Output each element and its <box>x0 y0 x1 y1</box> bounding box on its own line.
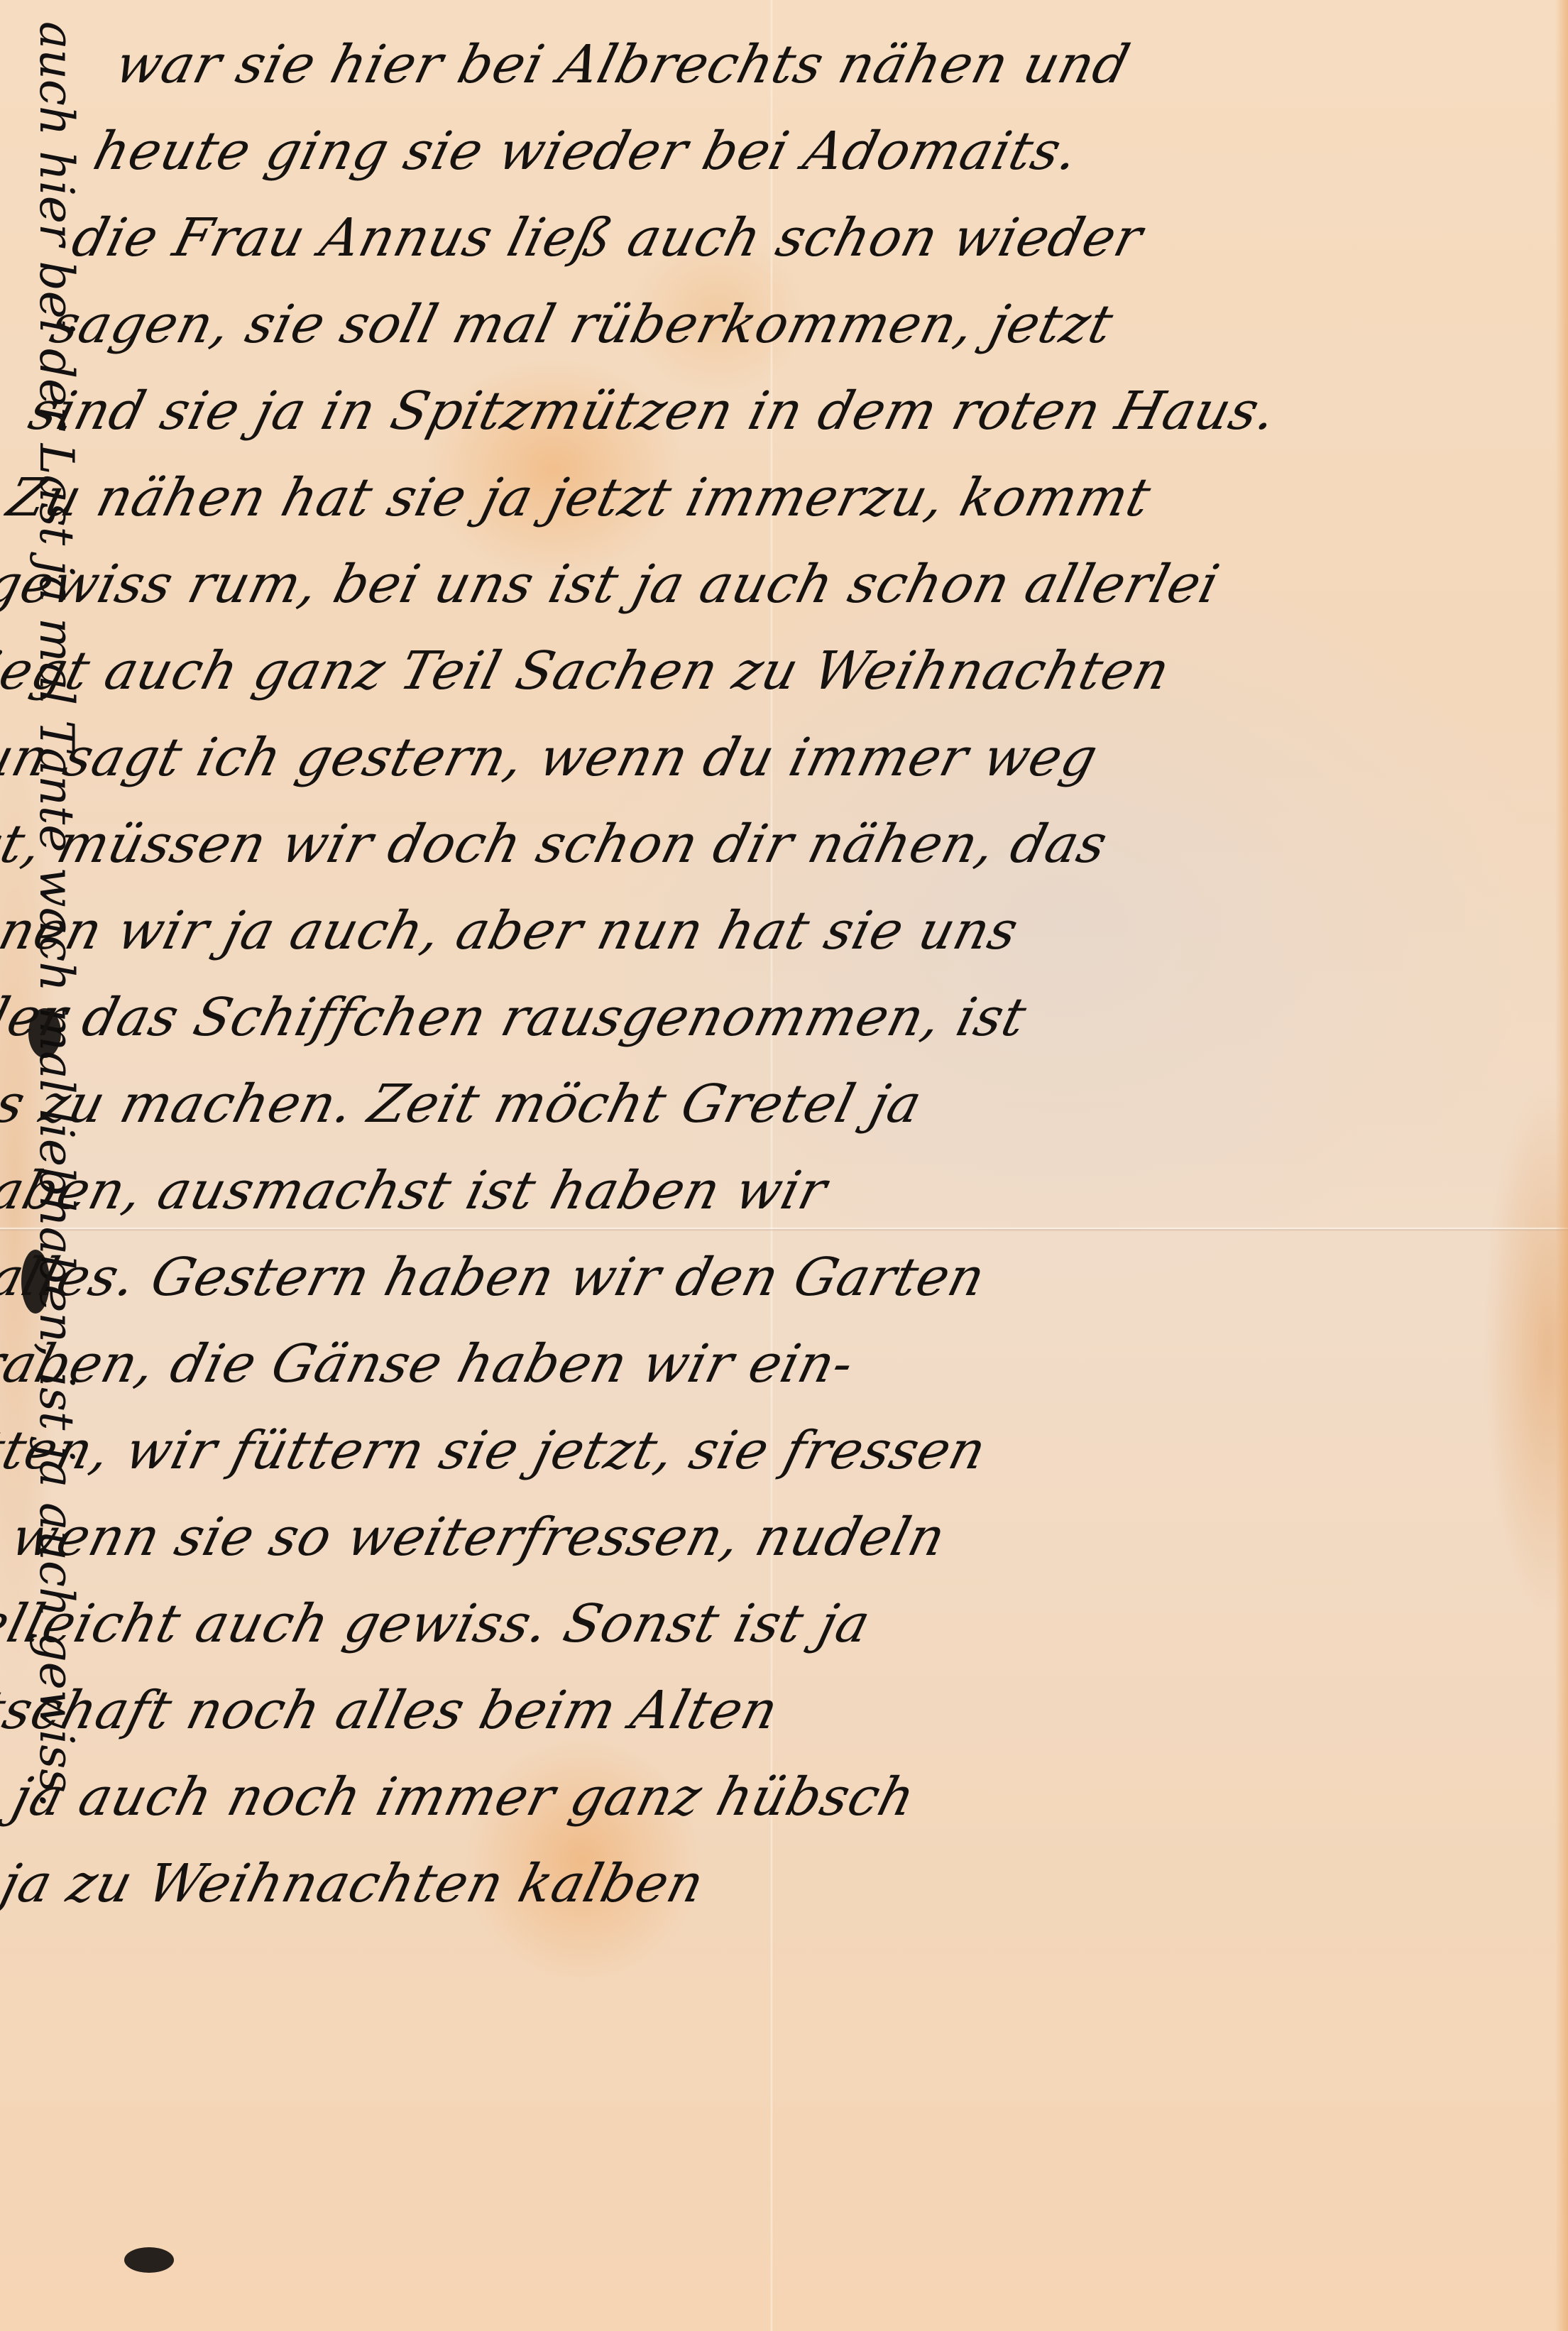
text-line-8: liegt auch ganz Teil Sachen zu Weihnacht… <box>0 628 1403 714</box>
text-line-22: die Kuh soll ja zu Weihnachten kalben <box>0 1840 1101 1927</box>
text-line-20: in der Wirtschaft noch alles beim Alten <box>0 1667 1144 1754</box>
letter-page: auch hier bei der Last ja mal Tante wach… <box>0 0 1568 2331</box>
text-line-2: heute ging sie wieder bei Adomaits. <box>84 108 1533 195</box>
text-line-6: Zu nähen hat sie ja jetzt immerzu, kommt <box>0 454 1447 541</box>
text-line-9: nun sagt ich gestern, wenn du immer weg <box>0 714 1382 801</box>
text-line-10: bist, müssen wir doch schon dir nähen, d… <box>0 801 1360 888</box>
text-line-16: umgegraben, die Gänse haben wir ein- <box>0 1321 1231 1407</box>
text-line-5: sind sie ja in Spitzmützen in dem roten … <box>20 368 1468 454</box>
stained-right-edge <box>1555 0 1568 2331</box>
text-line-17: geschnitten, wir füttern sie jetzt, sie … <box>0 1407 1209 1494</box>
letter-body: war sie hier bei Albrechts nähen und heu… <box>0 21 1555 1927</box>
text-line-21: Milch giebt ja auch noch immer ganz hübs… <box>0 1754 1123 1840</box>
text-line-15: schon alles. Gestern haben wir den Garte… <box>0 1234 1252 1321</box>
text-line-13: nichts zu machen. Zeit möcht Gretel ja <box>0 1061 1295 1147</box>
text-line-14: nun haben, ausmachst ist haben wir <box>0 1147 1274 1234</box>
text-line-19: wir sie vielleicht auch gewiss. Sonst is… <box>0 1581 1166 1667</box>
ink-smudge <box>124 2247 174 2273</box>
text-line-3: die Frau Annus ließ auch schon wieder <box>63 195 1511 281</box>
text-line-12: wieder das Schiffchen rausgenommen, ist <box>0 974 1317 1061</box>
text-line-11: können wir ja auch, aber nun hat sie uns <box>0 888 1339 974</box>
text-line-4: sagen, sie soll mal rüberkommen, jetzt <box>41 281 1489 368</box>
text-line-1: war sie hier bei Albrechts nähen und <box>106 21 1555 108</box>
text-line-18: sehr gut, wenn sie so weiterfressen, nud… <box>0 1494 1188 1581</box>
text-line-7: gewiss rum, bei uns ist ja auch schon al… <box>0 541 1425 628</box>
